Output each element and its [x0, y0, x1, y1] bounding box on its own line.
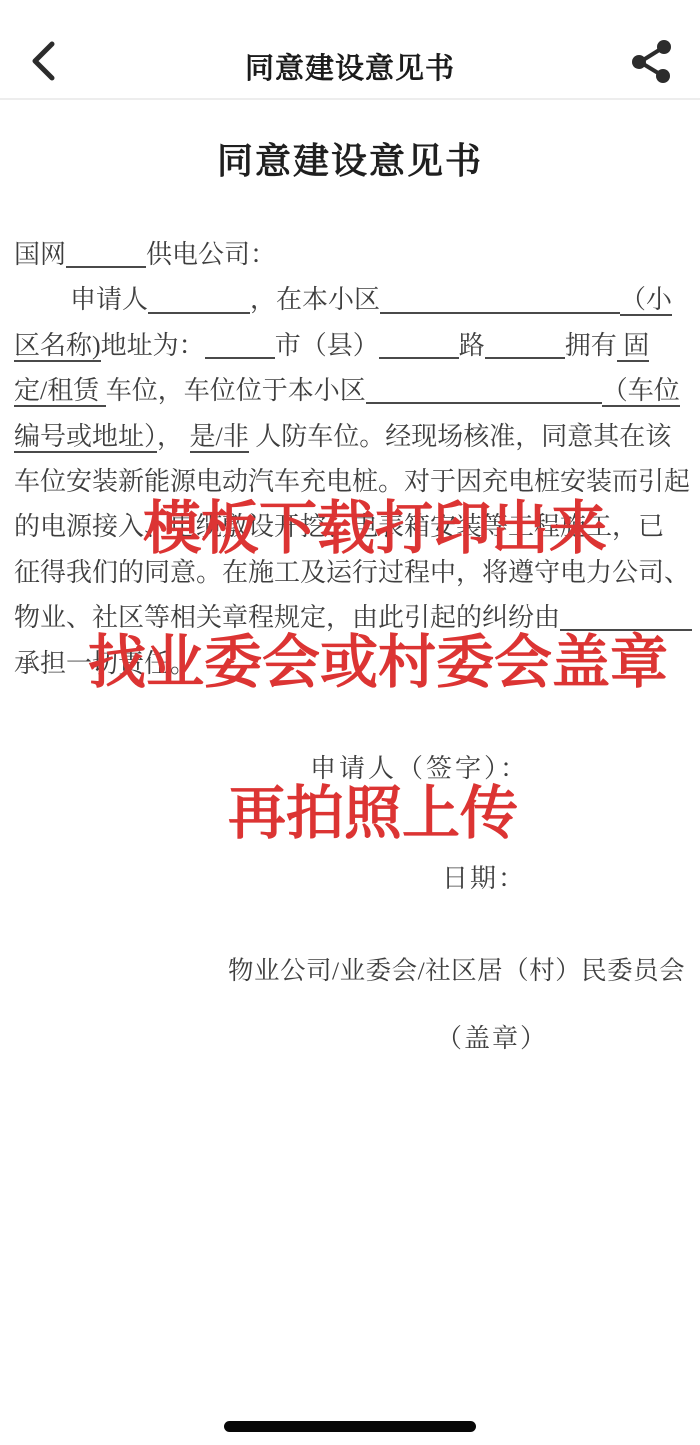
blank-field — [560, 603, 692, 632]
document-text: 区名称) — [14, 331, 101, 362]
document-line: 国网供电公司： — [14, 232, 692, 277]
document-text: 车位，车位位于本小区 — [106, 376, 366, 405]
document-text: ， — [157, 422, 190, 451]
date-label: 日期： — [442, 858, 526, 895]
document-text: 人防车位。经现场核准，同意其在该 — [249, 422, 672, 451]
share-icon — [628, 38, 676, 86]
document-text: 市（县） — [275, 331, 379, 360]
document-line: 申请人，在本小区（小 — [14, 277, 692, 322]
document-text: 编号或地址） — [14, 422, 157, 453]
document-text: 承担一切责任。 — [14, 649, 196, 678]
document-line: 区名称)地址为：市（县）路拥有 固 — [14, 323, 692, 368]
document-text: （小 — [620, 285, 672, 316]
document-text: 车位安装新能源电动汽车充电桩。对于因充电桩安装而引起 — [14, 467, 690, 496]
document-text: 征得我们的同意。在施工及运行过程中，将遵守电力公司、 — [14, 558, 690, 587]
home-indicator[interactable] — [224, 1421, 476, 1432]
document-body: 国网供电公司：申请人，在本小区（小区名称)地址为：市（县）路拥有 固定/租赁 车… — [14, 232, 692, 686]
document-text: （车位 — [602, 376, 680, 407]
document-text: 路 — [459, 331, 485, 360]
blank-field — [205, 330, 275, 359]
document-text: 供电公司： — [146, 240, 276, 269]
document-line: 物业、社区等相关章程规定，由此引起的纠纷由 — [14, 595, 692, 640]
blank-field — [66, 240, 146, 269]
document-text: 固 — [617, 331, 650, 362]
document-line: 车位安装新能源电动汽车充电桩。对于因充电桩安装而引起 — [14, 459, 692, 504]
navbar: 同意建设意见书 — [0, 0, 700, 100]
document-text: 国网 — [14, 240, 66, 269]
document-line: 征得我们的同意。在施工及运行过程中，将遵守电力公司、 — [14, 550, 692, 595]
document-text: 申请人 — [70, 285, 148, 314]
share-button[interactable] — [628, 38, 676, 86]
document-line: 的电源接入、电缆敷设开挖、电表箱安装等工程施工，已 — [14, 504, 692, 549]
app-screen: 同意建设意见书 同意建设意见书 国网供电公司：申请人，在本小区（小区名称)地址为… — [0, 0, 700, 1445]
document-title: 同意建设意见书 — [0, 133, 700, 184]
document-text: 是/非 — [190, 422, 249, 453]
document-line: 编号或地址）， 是/非 人防车位。经现场核准，同意其在该 — [14, 414, 692, 459]
document-line: 定/租赁 车位，车位位于本小区（车位 — [14, 368, 692, 413]
blank-field — [485, 330, 565, 359]
document-text: 地址为： — [101, 331, 205, 360]
signature-label: 申请人（签字）： — [310, 748, 529, 785]
document-text: 拥有 — [565, 331, 617, 360]
instruction-overlay: 模板下载打印出来找业委会或村委会盖章再拍照上传 — [0, 0, 700, 1445]
page-title: 同意建设意见书 — [0, 46, 700, 87]
committee-line: 物业公司/业委会/社区居（村）民委员会 — [228, 951, 685, 987]
blank-field — [366, 376, 602, 405]
seal-label: （盖章） — [436, 1018, 548, 1055]
document-text: 定/租赁 — [14, 376, 106, 407]
document-text: 物业、社区等相关章程规定，由此引起的纠纷由 — [14, 603, 560, 632]
document-text: 的电源接入、电缆敷设开挖、电表箱安装等工程施工，已 — [14, 512, 664, 541]
document-text: ，在本小区 — [250, 285, 380, 314]
blank-field — [380, 285, 620, 314]
blank-field — [148, 285, 250, 314]
overlay-instruction-text: 再拍照上传 — [228, 782, 518, 846]
blank-field — [379, 330, 459, 359]
document-line: 承担一切责任。 — [14, 641, 692, 686]
